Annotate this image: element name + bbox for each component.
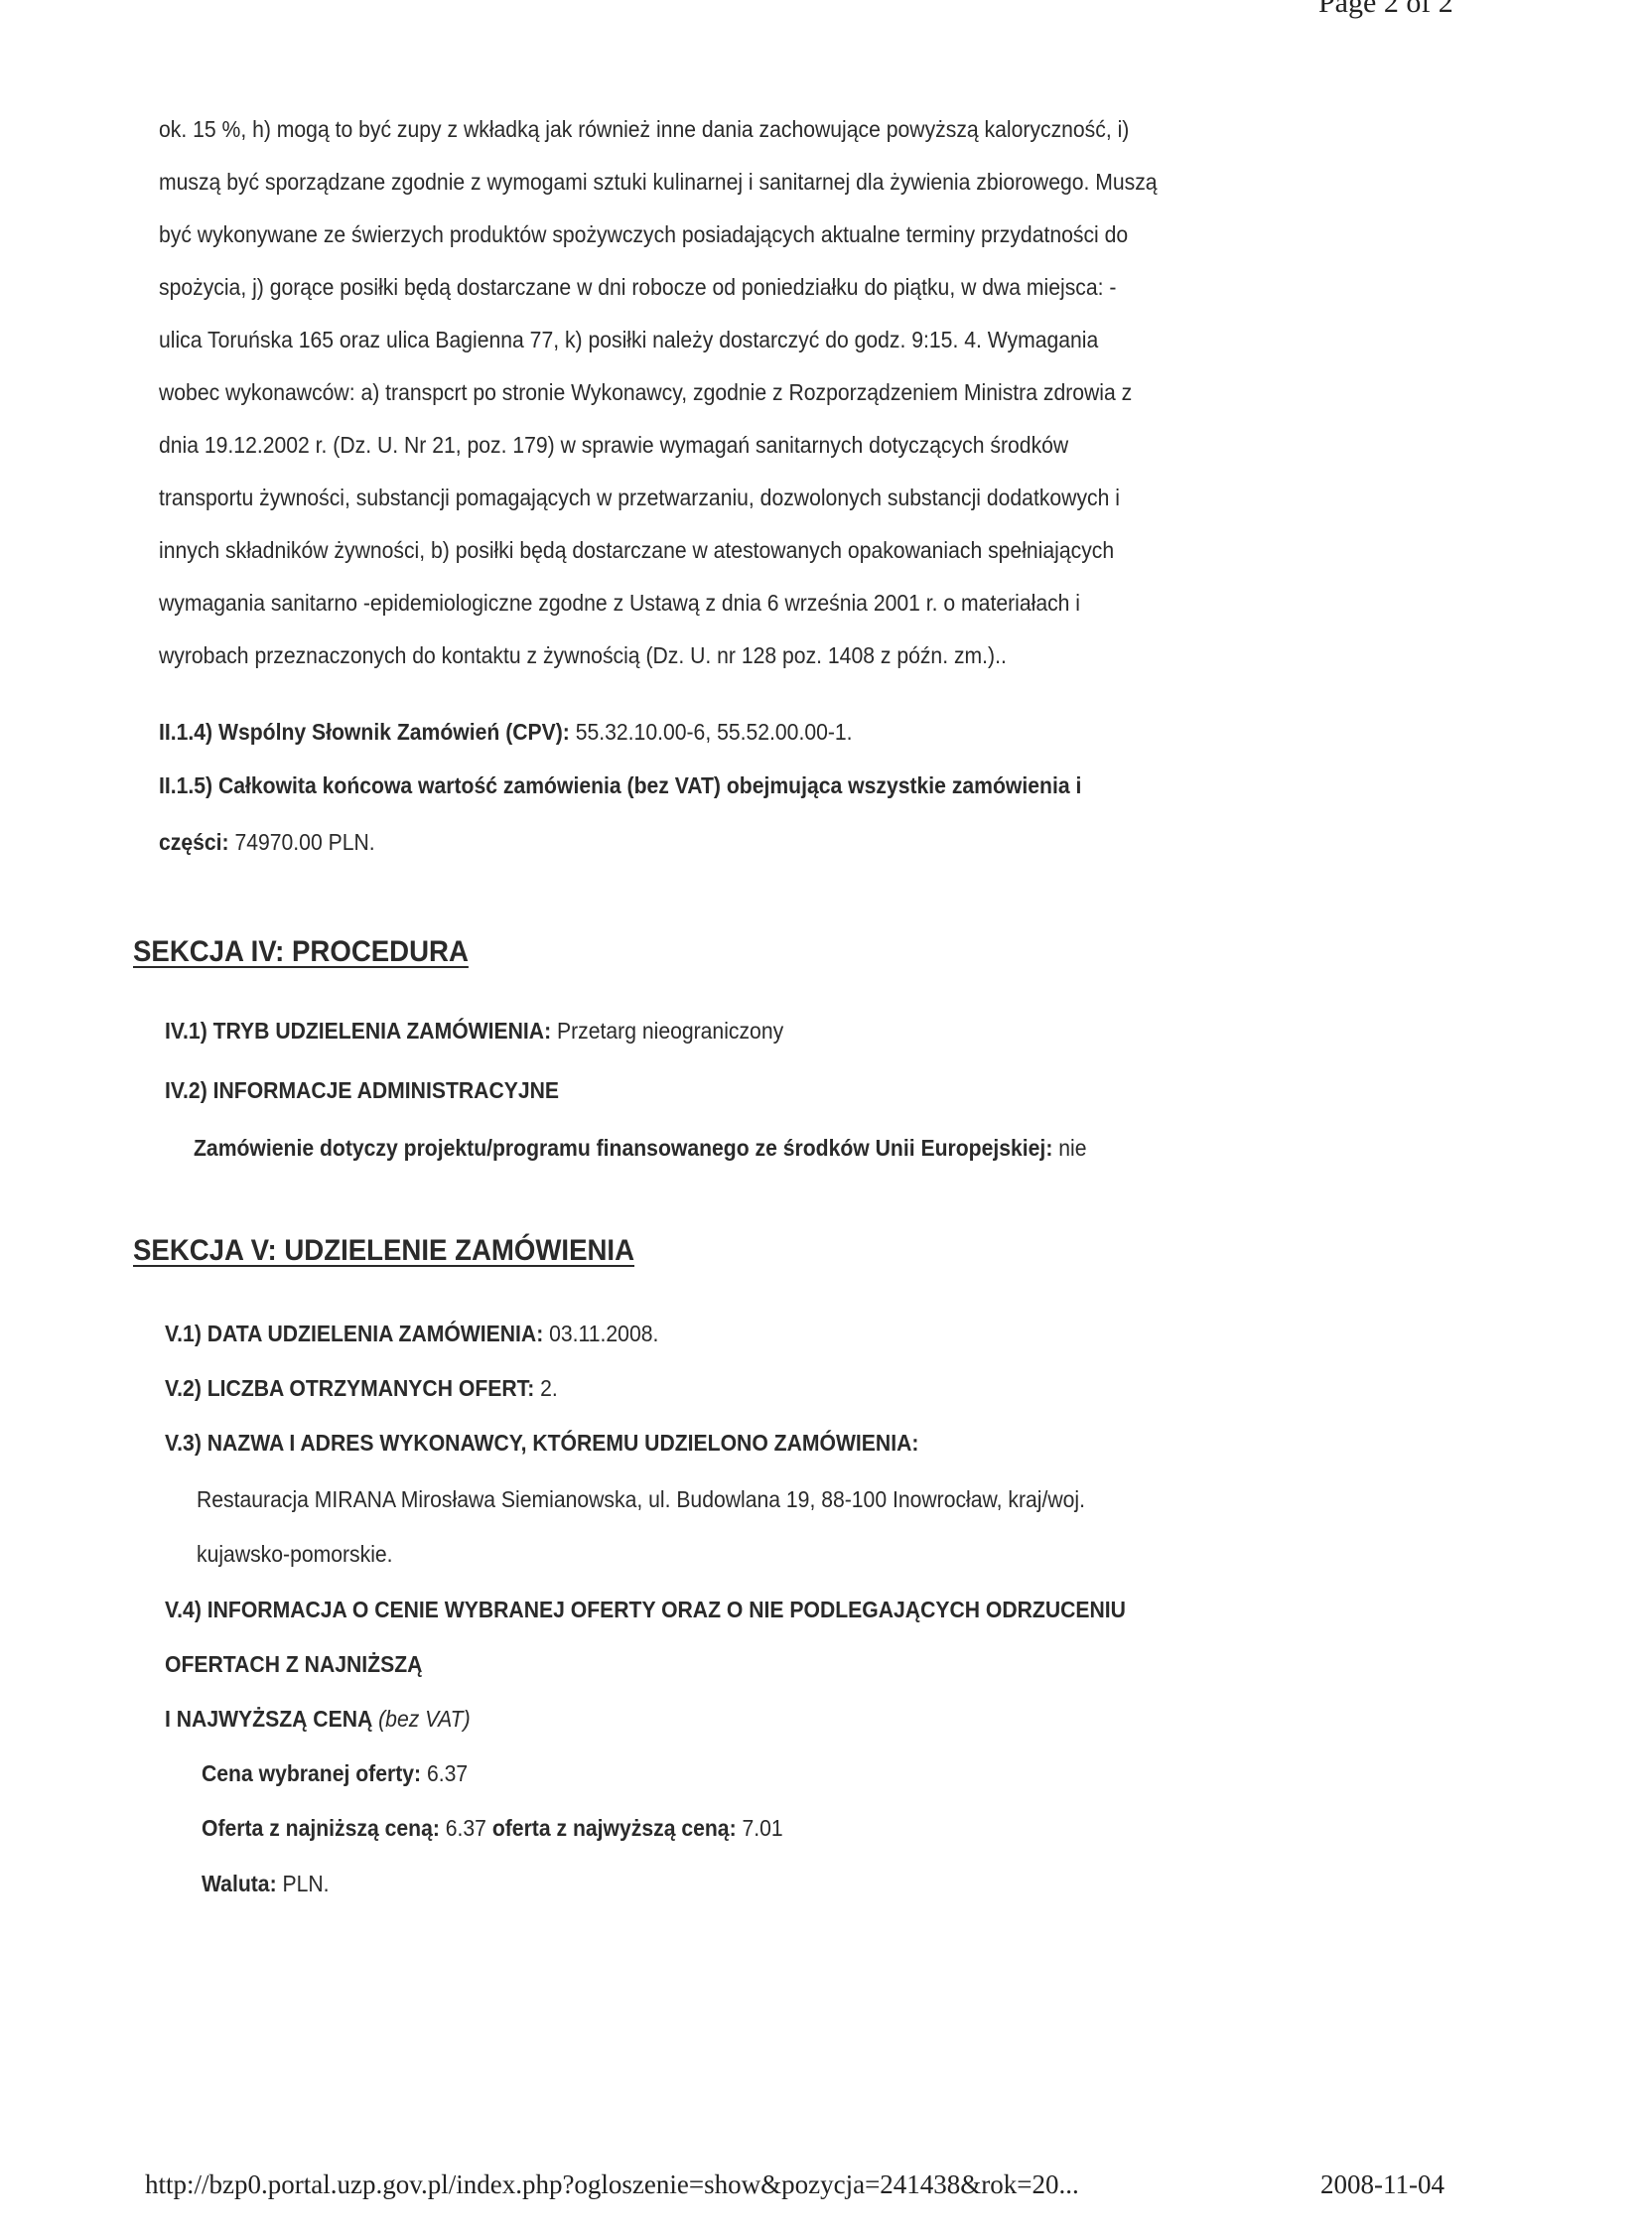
order-description: ok. 15 %, h) mogą to być zupy z wkładką … bbox=[159, 103, 1346, 682]
section-iv-title: SEKCJA IV: PROCEDURA bbox=[133, 935, 469, 969]
price-info-label: V.4) INFORMACJA O CENIE WYBRANEJ OFERTY … bbox=[165, 1597, 1126, 1623]
description-line: dnia 19.12.2002 r. (Dz. U. Nr 21, poz. 1… bbox=[159, 419, 1346, 472]
total-value-field: części: 74970.00 PLN. bbox=[159, 829, 375, 856]
description-line: innych składników żywności, b) posiłki b… bbox=[159, 524, 1346, 577]
total-value-label: II.1.5) Całkowita końcowa wartość zamówi… bbox=[159, 772, 1081, 799]
contractor-address: Restauracja MIRANA Mirosława Siemianowsk… bbox=[197, 1486, 1085, 1513]
description-line: wobec wykonawców: a) transpcrt po stroni… bbox=[159, 366, 1346, 419]
admin-info-label: IV.2) INFORMACJE ADMINISTRACYJNE bbox=[165, 1077, 559, 1104]
footer-date: 2008-11-04 bbox=[1320, 2169, 1445, 2200]
footer-url: http://bzp0.portal.uzp.gov.pl/index.php?… bbox=[145, 2169, 1079, 2200]
offers-count: V.2) LICZBA OTRZYMANYCH OFERT: 2. bbox=[165, 1375, 558, 1402]
contractor-region: kujawsko-pomorskie. bbox=[197, 1541, 393, 1568]
contractor-label: V.3) NAZWA I ADRES WYKONAWCY, KTÓREMU UD… bbox=[165, 1430, 918, 1457]
description-line: ulica Toruńska 165 oraz ulica Bagienna 7… bbox=[159, 314, 1346, 366]
description-line: być wykonywane ze świerzych produktów sp… bbox=[159, 209, 1346, 261]
award-date: V.1) DATA UDZIELENIA ZAMÓWIENIA: 03.11.2… bbox=[165, 1321, 658, 1347]
description-line: transportu żywności, substancji pomagają… bbox=[159, 472, 1346, 524]
procedure-type: IV.1) TRYB UDZIELENIA ZAMÓWIENIA: Przeta… bbox=[165, 1018, 783, 1045]
selected-offer-price: Cena wybranej oferty: 6.37 bbox=[202, 1760, 468, 1787]
description-line: spożycia, j) gorące posiłki będą dostarc… bbox=[159, 261, 1346, 314]
cpv-label: II.1.4) Wspólny Słownik Zamówień (CPV): bbox=[159, 719, 570, 745]
cpv-value: 55.32.10.00-6, 55.52.00.00-1. bbox=[570, 719, 853, 745]
description-line: wyrobach przeznaczonych do kontaktu z ży… bbox=[159, 629, 1346, 682]
lowest-highest-price: Oferta z najniższą ceną: 6.37 oferta z n… bbox=[202, 1815, 783, 1842]
description-line: wymagania sanitarno -epidemiologiczne zg… bbox=[159, 577, 1346, 629]
description-line: muszą być sporządzane zgodnie z wymogami… bbox=[159, 156, 1346, 209]
currency: Waluta: PLN. bbox=[202, 1871, 330, 1897]
price-info-label-3: I NAJWYŻSZĄ CENĄ (bez VAT) bbox=[165, 1706, 471, 1733]
description-line: ok. 15 %, h) mogą to być zupy z wkładką … bbox=[159, 103, 1346, 156]
price-info-label-2: OFERTACH Z NAJNIŻSZĄ bbox=[165, 1651, 422, 1678]
eu-funding: Zamówienie dotyczy projektu/programu fin… bbox=[194, 1135, 1086, 1162]
cpv-field: II.1.4) Wspólny Słownik Zamówień (CPV): … bbox=[159, 719, 853, 746]
total-value: 74970.00 PLN. bbox=[229, 829, 375, 855]
page-indicator: Page 2 of 2 bbox=[1318, 0, 1453, 20]
section-v-title: SEKCJA V: UDZIELENIE ZAMÓWIENIA bbox=[133, 1234, 634, 1268]
